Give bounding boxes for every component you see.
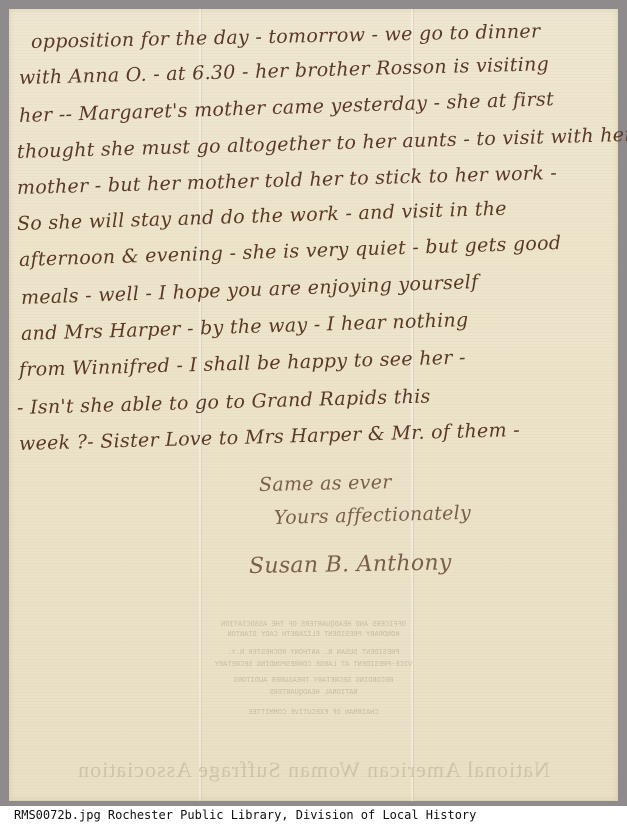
bleed-through-line: RECORDING SECRETARY TREASURER AUDITORS [9, 677, 618, 685]
letter-page: OFFICERS AND HEADQUARTERS OF THE ASSOCIA… [9, 9, 618, 801]
bleed-through-line: OFFICERS AND HEADQUARTERS OF THE ASSOCIA… [9, 621, 618, 629]
bleed-through-line: CHAIRMAN OF EXECUTIVE COMMITTEE [9, 709, 618, 717]
handwritten-line: and Mrs Harper - by the way - I hear not… [21, 309, 469, 345]
handwritten-line: So she will stay and do the work - and v… [17, 198, 507, 235]
closing-line: Same as ever [259, 471, 392, 496]
handwritten-line: opposition for the day - tomorrow - we g… [31, 20, 541, 53]
handwritten-line: from Winnifred - I shall be happy to see… [19, 347, 466, 381]
handwritten-line: thought she must go altogether to her au… [17, 124, 627, 163]
handwritten-line: with Anna O. - at 6.30 - her brother Ros… [19, 53, 550, 89]
bleed-through-line: PRESIDENT SUSAN B. ANTHONY ROCHESTER N.Y… [9, 649, 618, 657]
bleed-through-line: HONORARY PRESIDENT ELIZABETH CADY STANTO… [9, 631, 618, 639]
handwritten-line: mother - but her mother told her to stic… [17, 162, 558, 199]
image-caption: RMS0072b.jpg Rochester Public Library, D… [14, 808, 476, 822]
handwritten-line: afternoon & evening - she is very quiet … [19, 232, 562, 271]
bleed-through-line: VICE-PRESIDENT AT LARGE CORRESPONDING SE… [9, 661, 618, 669]
handwritten-line: week ?- Sister Love to Mrs Harper & Mr. … [19, 419, 521, 455]
scan-background: OFFICERS AND HEADQUARTERS OF THE ASSOCIA… [0, 0, 627, 806]
signature: Susan B. Anthony [249, 550, 452, 579]
bleed-through-line: NATIONAL HEADQUARTERS [9, 689, 618, 697]
handwritten-line: - Isn't she able to go to Grand Rapids t… [17, 385, 431, 419]
bleed-through-letterhead-title: National American Woman Suffrage Associa… [9, 757, 618, 783]
closing-line: Yours affectionately [274, 502, 472, 529]
handwritten-line: her -- Margaret's mother came yesterday … [19, 88, 555, 127]
